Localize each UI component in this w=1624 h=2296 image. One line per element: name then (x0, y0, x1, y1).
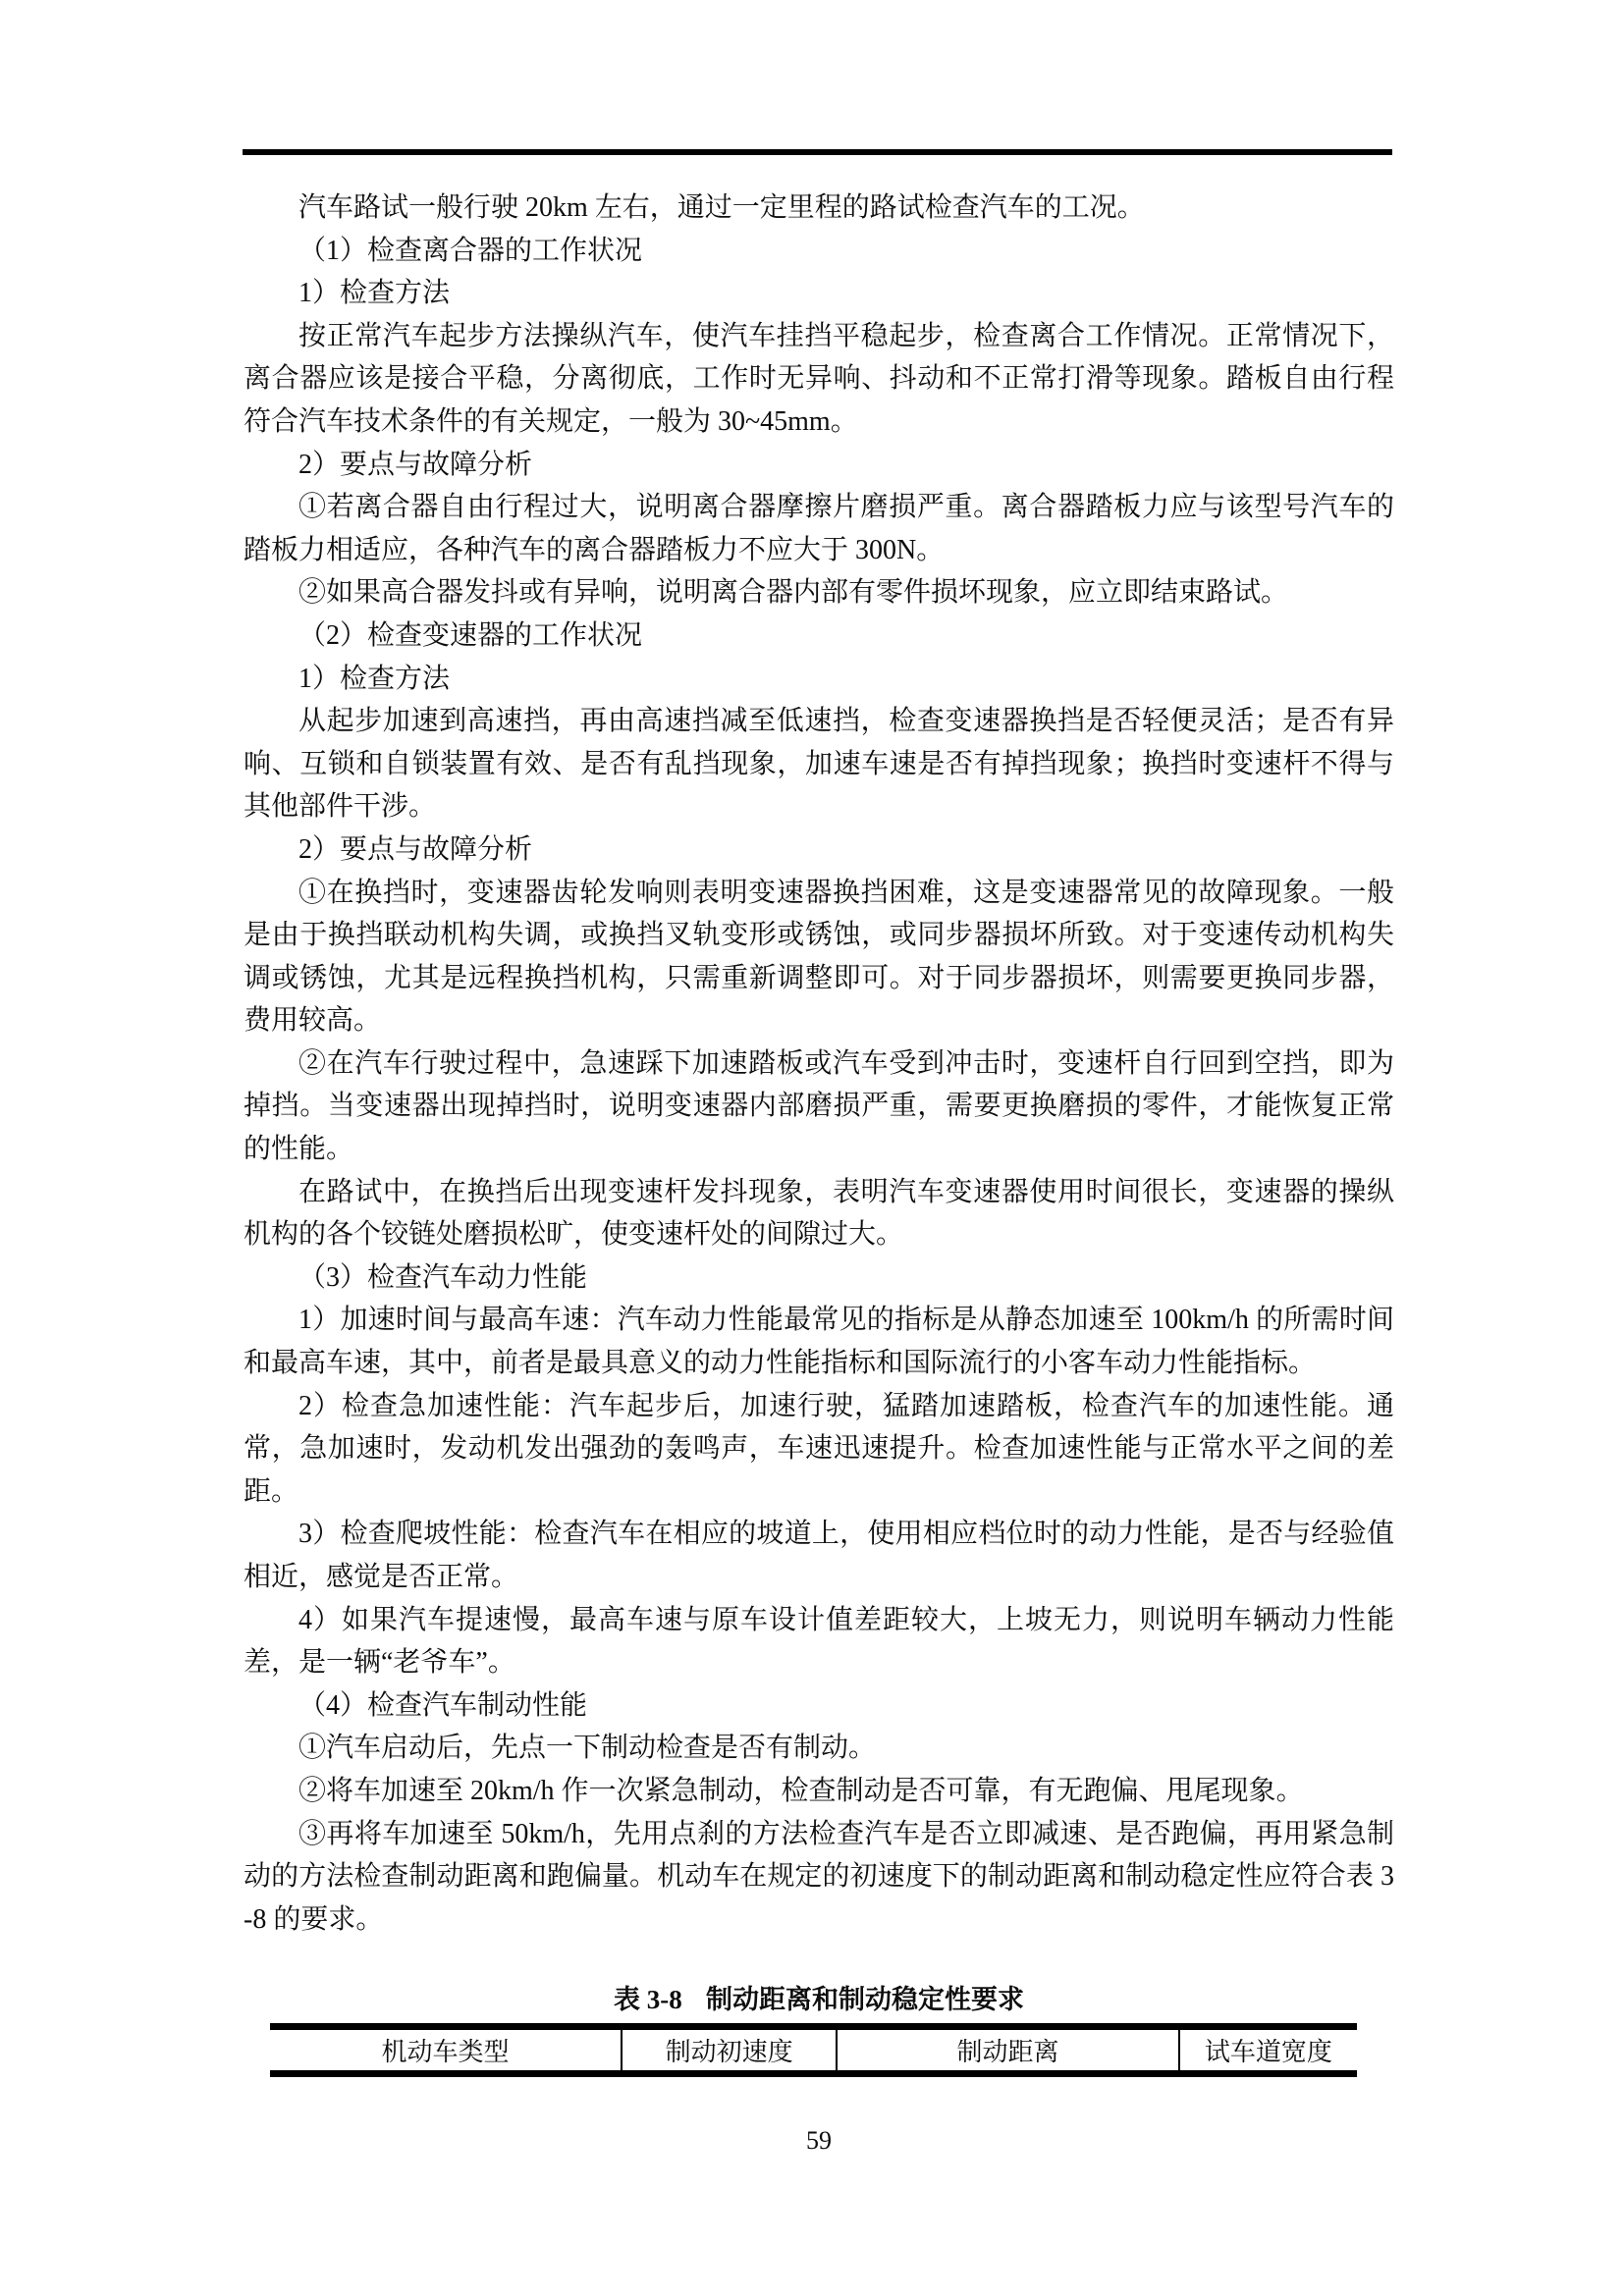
paragraph: 1）加速时间与最高车速：汽车动力性能最常见的指标是从静态加速至 100km/h … (244, 1299, 1394, 1384)
paragraph: ①在换挡时，变速器齿轮发响则表明变速器换挡困难，这是变速器常见的故障现象。一般是… (244, 872, 1394, 1042)
paragraph: 3）检查爬坡性能：检查汽车在相应的坡道上，使用相应档位时的动力性能，是否与经验值… (244, 1513, 1394, 1598)
body-text: 汽车路试一般行驶 20km 左右，通过一定里程的路试检查汽车的工况。 （1）检查… (244, 187, 1394, 1941)
paragraph: 按正常汽车起步方法操纵汽车，使汽车挂挡平稳起步，检查离合工作情况。正常情况下，离… (244, 315, 1394, 444)
paragraph: （4）检查汽车制动性能 (244, 1684, 1394, 1728)
paragraph: 2）检查急加速性能：汽车起步后，加速行驶，猛踏加速踏板，检查汽车的加速性能。通常… (244, 1385, 1394, 1514)
paragraph: ②在汽车行驶过程中，急速踩下加速踏板或汽车受到冲击时，变速杆自行回到空挡，即为掉… (244, 1042, 1394, 1171)
table-caption-label: 表 3-8 (614, 1985, 682, 2014)
paragraph: ③再将车加速至 50km/h，先用点刹的方法检查汽车是否立即减速、是否跑偏，再用… (244, 1813, 1394, 1942)
table-header-vehicle-type: 机动车类型 (270, 2030, 621, 2070)
paragraph: 1）检查方法 (244, 272, 1394, 315)
paragraph: ②如果高合器发抖或有异响，说明离合器内部有零件损坏现象，应立即结束路试。 (244, 571, 1394, 614)
brake-requirements-table: 机动车类型 制动初速度 制动距离 试车道宽度 (270, 2023, 1357, 2077)
paragraph: （3）检查汽车动力性能 (244, 1256, 1394, 1300)
paragraph: 2）要点与故障分析 (244, 444, 1394, 487)
table-header-initial-speed: 制动初速度 (621, 2030, 836, 2070)
paragraph: ②将车加速至 20km/h 作一次紧急制动，检查制动是否可靠，有无跑偏、甩尾现象… (244, 1770, 1394, 1813)
paragraph: 汽车路试一般行驶 20km 左右，通过一定里程的路试检查汽车的工况。 (244, 187, 1394, 230)
table-header-row: 机动车类型 制动初速度 制动距离 试车道宽度 (270, 2030, 1357, 2070)
paragraph: 在路试中，在换挡后出现变速杆发抖现象，表明汽车变速器使用时间很长，变速器的操纵机… (244, 1171, 1394, 1256)
table-caption-title: 制动距离和制动稳定性要求 (706, 1985, 1024, 2014)
header-rule (243, 149, 1392, 155)
paragraph: 从起步加速到高速挡，再由高速挡减至低速挡，检查变速器换挡是否轻便灵活；是否有异响… (244, 700, 1394, 828)
table-header-track-width: 试车道宽度 (1178, 2030, 1357, 2070)
paragraph: （1）检查离合器的工作状况 (244, 230, 1394, 273)
table-header-braking-distance: 制动距离 (836, 2030, 1178, 2070)
paragraph: 4）如果汽车提速慢，最高车速与原车设计值差距较大，上坡无力，则说明车辆动力性能差… (244, 1599, 1394, 1684)
paragraph: 2）要点与故障分析 (244, 828, 1394, 872)
document-page: 汽车路试一般行驶 20km 左右，通过一定里程的路试检查汽车的工况。 （1）检查… (0, 0, 1624, 2296)
page-number: 59 (244, 2126, 1394, 2156)
paragraph: ①若离合器自由行程过大，说明离合器摩擦片磨损严重。离合器踏板力应与该型号汽车的踏… (244, 486, 1394, 571)
paragraph: ①汽车启动后，先点一下制动检查是否有制动。 (244, 1727, 1394, 1770)
table-caption: 表 3-8制动距离和制动稳定性要求 (244, 1983, 1394, 2016)
paragraph: （2）检查变速器的工作状况 (244, 614, 1394, 658)
paragraph: 1）检查方法 (244, 658, 1394, 701)
